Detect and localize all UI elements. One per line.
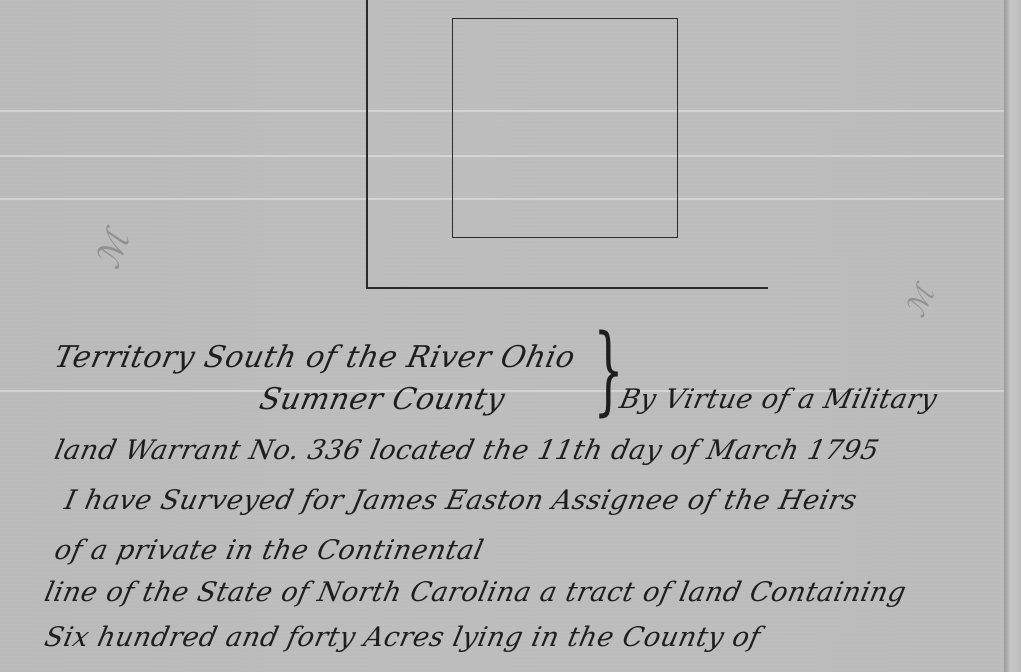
- heading-territory: Territory South of the River Ohio: [51, 340, 578, 375]
- body-line-1: By Virtue of a Military: [617, 384, 940, 415]
- body-line-4: of a private in the Continental: [52, 535, 487, 566]
- right-margin-note: ℳ: [899, 281, 942, 322]
- body-line-6: Six hundred and forty Acres lying in the…: [42, 622, 764, 653]
- page-edge: [1004, 0, 1021, 672]
- body-line-3: I have Surveyed for James Easton Assigne…: [62, 485, 860, 516]
- body-line-2: land Warrant No. 336 located the 11th da…: [52, 435, 882, 466]
- document-page: ℳ ℳ Territory South of the River Ohio Su…: [0, 0, 1008, 672]
- plat-tract-square: [452, 18, 678, 238]
- heading-county: Sumner County: [256, 382, 508, 417]
- left-margin-note: ℳ: [88, 226, 138, 274]
- body-line-5: line of the State of North Carolina a tr…: [42, 577, 909, 608]
